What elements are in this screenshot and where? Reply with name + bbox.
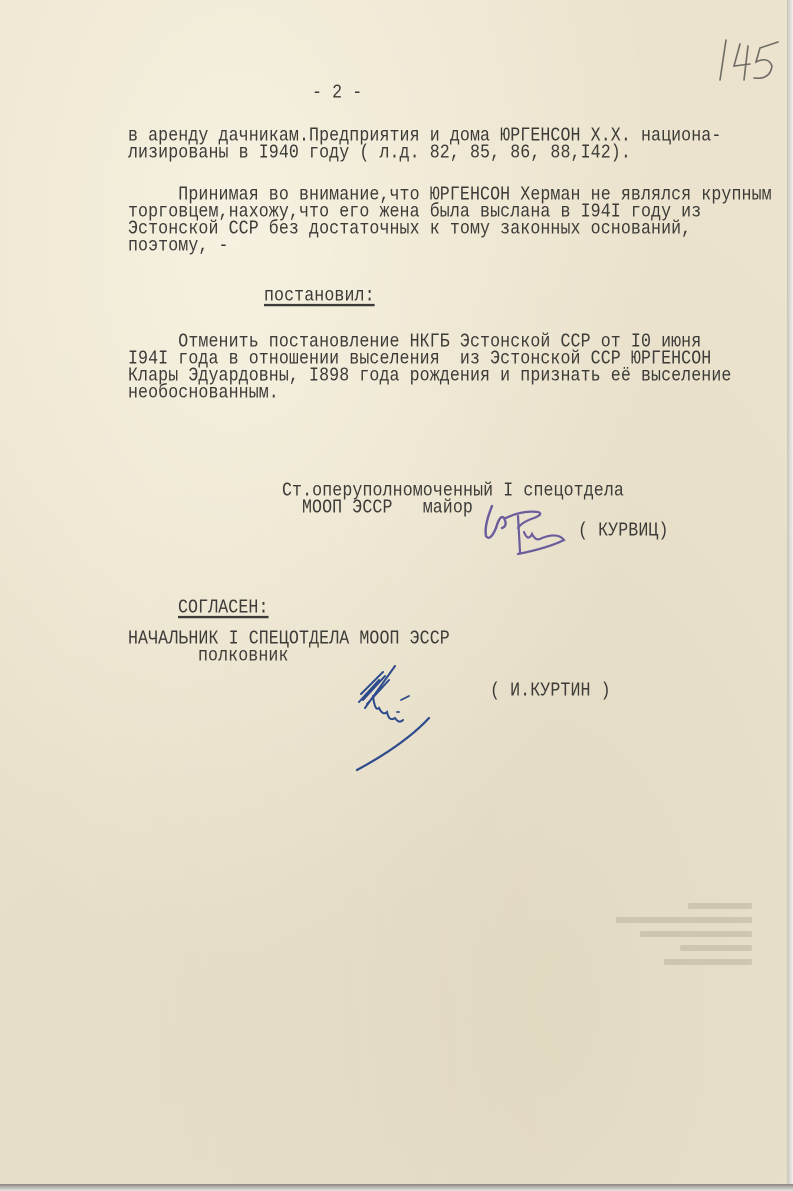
signature-kurtin	[345, 660, 440, 775]
approval-name: ( И.КУРТИН )	[490, 680, 611, 700]
resolution-heading: постановил:	[264, 285, 375, 305]
document-page: 145 - 2 - в аренду дачникам.Предприятия …	[0, 0, 787, 1184]
scan-edge-bottom	[0, 1184, 793, 1191]
approval-heading: СОГЛАСЕН:	[178, 597, 269, 617]
paragraph-2-line-4: поэтому, -	[128, 235, 229, 255]
paragraph-3-line-4: необоснованным.	[128, 382, 279, 402]
scan-edge-right	[787, 0, 793, 1191]
signatory-1-name: ( КУРВИЦ)	[578, 520, 669, 540]
signature-kurvits	[478, 498, 578, 560]
approval-title-line-2: полковник	[198, 645, 289, 665]
page-number-marker: - 2 -	[312, 82, 362, 102]
folio-number-handwritten: 145	[710, 36, 790, 86]
reverse-side-bleed-through	[600, 895, 760, 990]
signatory-1-title-line-2: МООП ЭССР майор	[302, 497, 473, 517]
approval-title-line-1: НАЧАЛЬНИК I СПЕЦОТДЕЛА МООП ЭССР	[128, 628, 450, 648]
paragraph-1-line-2: лизированы в I940 году ( л.д. 82, 85, 86…	[128, 142, 631, 162]
